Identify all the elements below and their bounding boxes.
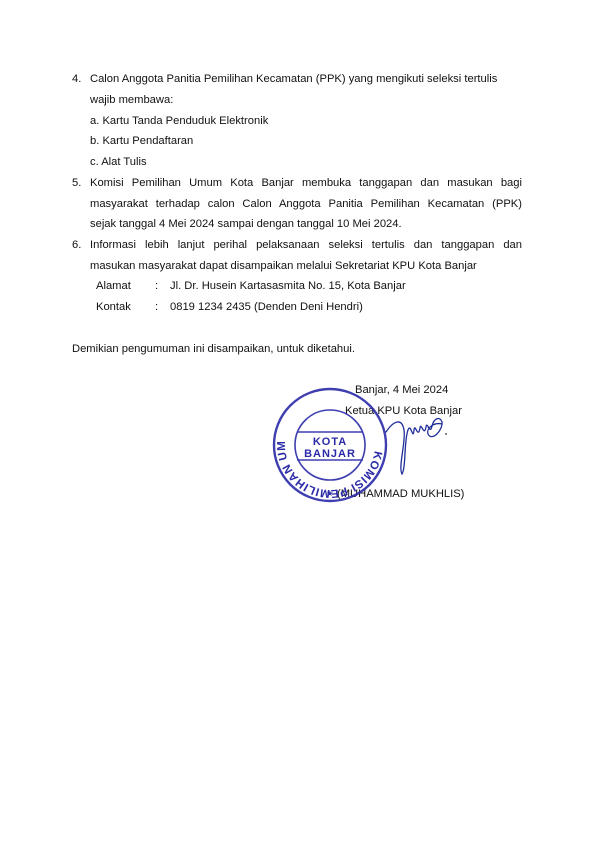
contact-sep-kontak: : [155,300,158,314]
item-4-subitem-c: c. Alat Tulis [90,155,147,169]
contact-value-alamat: Jl. Dr. Husein Kartasasmita No. 15, Kota… [170,279,406,293]
official-stamp: KOMISI PEMILIHAN UMUM KOTA KOTA BANJAR ★ [271,386,389,504]
stamp-center-line2: BANJAR [304,448,356,460]
contact-value-kontak: 0819 1234 2435 (Denden Deni Hendri) [170,300,363,314]
item-4-subitem-a: a. Kartu Tanda Penduduk Elektronik [90,114,268,128]
stamp-center-line1: KOTA [313,436,347,448]
stamp-star-icon: ★ [326,489,333,498]
item-4-number: 4. [72,72,81,86]
item-5-line-1: Komisi Pemilihan Umum Kota Banjar membuk… [90,176,522,190]
item-6-line-2: masukan masyarakat dapat disampaikan mel… [90,259,477,273]
contact-label-kontak: Kontak [96,300,131,314]
item-6-line-1: Informasi lebih lanjut perihal pelaksana… [90,238,522,252]
closing-statement: Demikian pengumuman ini disampaikan, unt… [72,342,355,356]
item-4-subitem-b: b. Kartu Pendaftaran [90,134,193,148]
handwritten-signature [380,412,460,482]
item-4-line-2: wajib membawa: [90,93,173,107]
item-5-line-2: masyarakat terhadap calon Calon Anggota … [90,197,522,211]
item-4-line-1: Calon Anggota Panitia Pemilihan Kecamata… [90,72,497,86]
item-5-number: 5. [72,176,81,190]
contact-label-alamat: Alamat [96,279,131,293]
item-5-line-3: sejak tanggal 4 Mei 2024 sampai dengan t… [90,217,402,231]
contact-sep-alamat: : [155,279,158,293]
item-6-number: 6. [72,238,81,252]
